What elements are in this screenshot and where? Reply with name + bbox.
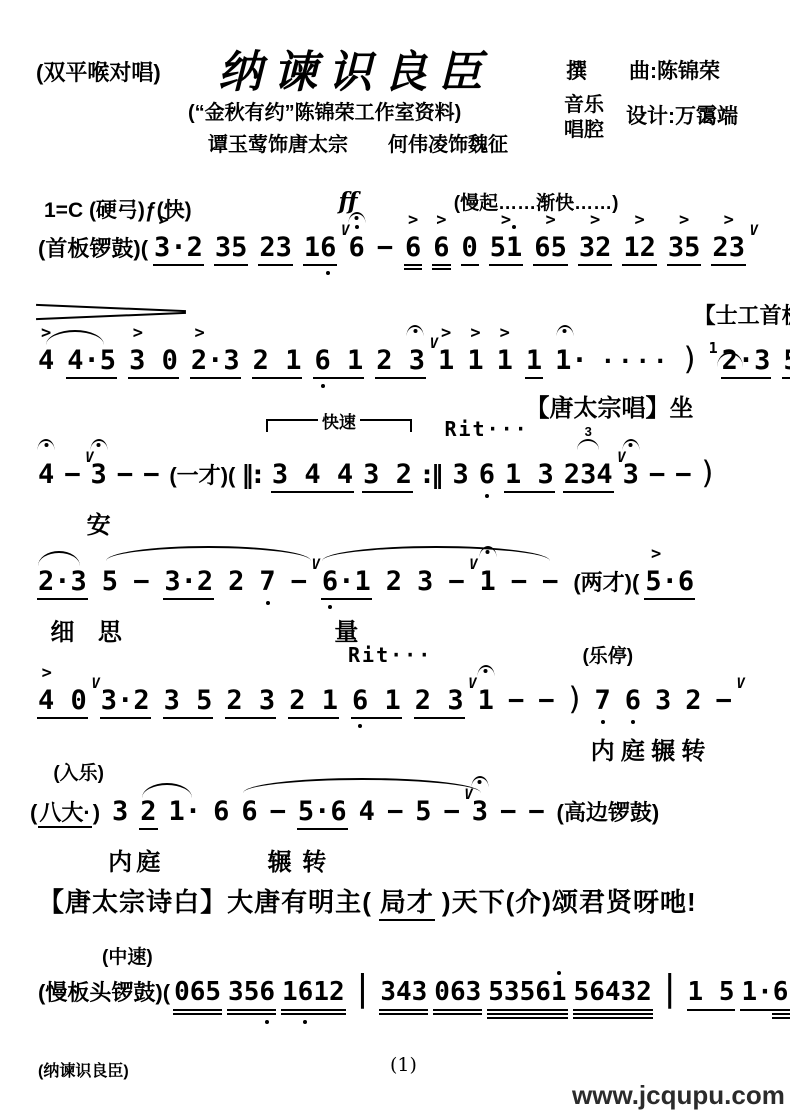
duration-dash: − bbox=[377, 232, 393, 263]
slur-arc bbox=[243, 778, 481, 793]
note-char: 6 bbox=[450, 978, 466, 1008]
note-char bbox=[379, 459, 395, 490]
note: 6> bbox=[405, 232, 421, 263]
note-glyphs: 2 bbox=[228, 566, 244, 597]
note-char: 3 bbox=[164, 566, 180, 597]
note-char: 6 bbox=[534, 232, 550, 263]
beam-underline bbox=[258, 264, 293, 266]
repeat-sign: ‖: bbox=[241, 461, 262, 490]
annotation: 1=C (硬弓)ƒ(快) bbox=[44, 194, 192, 224]
lyric: 安 bbox=[87, 505, 111, 540]
note-char: 6 bbox=[259, 978, 275, 1008]
note-char bbox=[703, 978, 719, 1008]
note-char: · bbox=[601, 348, 618, 376]
note: 2 bbox=[386, 566, 402, 597]
note-char bbox=[521, 459, 537, 490]
note-char: 3 bbox=[363, 459, 379, 490]
beam-underline bbox=[772, 1013, 790, 1015]
note-glyphs: 【唐太宗诗白】大唐有明主( bbox=[38, 888, 372, 918]
note-char: 唐 bbox=[65, 888, 92, 918]
note-glyphs: − bbox=[649, 459, 665, 490]
accent-mark: > bbox=[590, 210, 600, 230]
note-glyphs: 2 bbox=[140, 796, 156, 827]
accent-mark: > bbox=[441, 323, 451, 343]
octave-dot-below bbox=[265, 1020, 269, 1024]
note-char: · bbox=[207, 345, 223, 376]
note-char: 3 bbox=[228, 978, 244, 1008]
beam-underline bbox=[578, 264, 613, 266]
note-glyphs: 3 bbox=[452, 459, 468, 490]
note: 6ff bbox=[348, 232, 364, 263]
duration-dash: − bbox=[538, 685, 554, 716]
note-char: 0 bbox=[71, 685, 87, 716]
slur-arc bbox=[38, 551, 80, 566]
note-char: 2 bbox=[636, 978, 652, 1008]
accent-mark: > bbox=[408, 210, 418, 230]
note-char: 诗 bbox=[146, 888, 173, 918]
beam-underline bbox=[414, 717, 465, 719]
beam-underline bbox=[128, 377, 179, 379]
note-char: 2 bbox=[595, 232, 611, 263]
note-char: · bbox=[636, 348, 653, 376]
speech-text: 【唐太宗诗白】大唐有明主( bbox=[38, 888, 372, 918]
note-glyphs: 23 bbox=[712, 232, 745, 263]
note: 3Rit··· bbox=[452, 459, 468, 490]
beam-underline bbox=[721, 377, 772, 379]
note-glyphs: 1 bbox=[438, 345, 454, 376]
note-char: 1 bbox=[304, 232, 320, 263]
slur-arc bbox=[106, 546, 311, 561]
note-char: 板 bbox=[67, 980, 89, 1005]
note-char: 4 bbox=[304, 459, 320, 490]
fermata-mark bbox=[38, 439, 55, 450]
note-char: 3 bbox=[71, 566, 87, 597]
cast-line: 谭玉莺饰唐太宗 何伟凌饰魏征 bbox=[208, 128, 508, 157]
note-char: ‖ bbox=[431, 461, 443, 490]
beam-underline bbox=[461, 264, 479, 266]
note-glyphs: 6 1 bbox=[352, 685, 401, 716]
octave-dot-below bbox=[485, 494, 489, 498]
note: 65 bbox=[773, 978, 790, 1008]
beam-underline bbox=[227, 1013, 276, 1015]
note-glyphs: 2 3 bbox=[376, 345, 425, 376]
note-char: 太 bbox=[92, 888, 119, 918]
beam-underline bbox=[772, 1009, 790, 1011]
note-char: 3 bbox=[380, 978, 396, 1008]
beam-underline bbox=[379, 1013, 428, 1015]
note-char: 锣 bbox=[111, 980, 133, 1005]
breath-mark: V bbox=[91, 676, 99, 692]
note: 2庭 bbox=[140, 796, 156, 827]
annotation: ff bbox=[338, 188, 357, 215]
octave-dot-below bbox=[601, 720, 605, 724]
note-glyphs: − bbox=[291, 566, 307, 597]
breath-mark: V bbox=[468, 676, 476, 692]
lyric: 庭 bbox=[621, 731, 645, 766]
note: 4> bbox=[38, 345, 54, 376]
beam-underline bbox=[782, 377, 790, 379]
note-char: 鼓 bbox=[630, 800, 652, 825]
note-glyphs: 56432 bbox=[574, 978, 652, 1008]
annotation: (中速) bbox=[102, 942, 153, 969]
note-glyphs: (首板锣鼓)( bbox=[38, 236, 148, 261]
note-char: 2 bbox=[329, 978, 345, 1008]
note: 2 1 bbox=[289, 685, 338, 716]
note-char: − bbox=[291, 566, 307, 597]
note-glyphs: 2 3 bbox=[226, 685, 275, 716]
note-glyphs: 7 bbox=[259, 566, 275, 597]
note-glyphs: (一才)( bbox=[169, 463, 235, 488]
notation-label: 八大·(入乐) bbox=[39, 800, 90, 825]
speech-text: )天下(介)颂君贤呀吔! bbox=[442, 888, 697, 918]
note: 2 3 bbox=[226, 685, 275, 716]
note-glyphs: − bbox=[117, 459, 133, 490]
note-glyphs: 23 bbox=[259, 232, 292, 263]
beam-underline bbox=[163, 717, 214, 719]
note-char: 八 bbox=[39, 800, 61, 825]
note: 1> bbox=[438, 345, 454, 376]
note-char: 6 bbox=[348, 232, 364, 263]
duration-dash: −V bbox=[291, 566, 307, 597]
hairpin-decrescendo bbox=[36, 305, 186, 319]
notation-label: (高边锣鼓) bbox=[557, 800, 660, 825]
note-char: 4 bbox=[67, 345, 83, 376]
note-glyphs: (高边锣鼓) bbox=[557, 800, 660, 825]
note-char: − bbox=[117, 459, 133, 490]
note: 7(乐停)内 bbox=[594, 685, 610, 716]
note-char: ) bbox=[155, 980, 162, 1005]
note-char: 2 bbox=[289, 685, 305, 716]
note-glyphs: 0 bbox=[462, 232, 478, 263]
note-glyphs: − bbox=[675, 459, 691, 490]
note-char: 5 bbox=[205, 978, 221, 1008]
note: 6庭 bbox=[625, 685, 641, 716]
note: 065 bbox=[174, 978, 221, 1008]
note: 6> bbox=[433, 232, 449, 263]
design-credit: 设计:万霭端 bbox=[626, 100, 738, 130]
fermata-mark bbox=[477, 665, 494, 676]
accent-mark: > bbox=[133, 323, 143, 343]
note-glyphs: 5 bbox=[102, 566, 118, 597]
note-char: ( bbox=[573, 570, 580, 595]
note: 6 bbox=[479, 459, 495, 490]
notation-label: (首板锣鼓)(1=C (硬弓)ƒ(快) bbox=[38, 236, 148, 261]
note-char: 3 bbox=[91, 459, 107, 490]
note-char: − bbox=[542, 566, 558, 597]
note: 7 bbox=[259, 566, 275, 597]
beam-underline bbox=[288, 717, 339, 719]
note-glyphs: 1 3 bbox=[505, 459, 554, 490]
notes-row: 4 0>V3·23 52 32 16 1Rit···2 3V1−−)7(乐停)内… bbox=[0, 682, 790, 718]
note-glyphs: 6 bbox=[405, 232, 421, 263]
octave-dot-below bbox=[326, 271, 330, 275]
octave-dot-below bbox=[321, 384, 325, 388]
note-char: − bbox=[538, 685, 554, 716]
note-char: 1 bbox=[526, 345, 542, 376]
note-char: 3 bbox=[417, 566, 433, 597]
note-char: 1 bbox=[285, 345, 301, 376]
accent-mark: > bbox=[679, 210, 689, 230]
note-char: − bbox=[443, 796, 459, 827]
beam-underline bbox=[321, 598, 372, 600]
note-char: − bbox=[508, 685, 524, 716]
note: 12> bbox=[623, 232, 656, 263]
note-char: 1 bbox=[282, 978, 298, 1008]
fermata-mark bbox=[622, 439, 639, 450]
beam-underline bbox=[37, 598, 88, 600]
note-glyphs: 234 bbox=[564, 459, 613, 490]
note: 35 bbox=[215, 232, 248, 263]
note-char: ( bbox=[169, 463, 176, 488]
note-char: 吔 bbox=[660, 888, 687, 918]
note-char: 3 bbox=[580, 459, 596, 490]
beam-underline bbox=[153, 264, 204, 266]
beam-underline bbox=[573, 1013, 653, 1015]
lyric: 辗 bbox=[267, 842, 291, 877]
note-glyphs: 53561 bbox=[488, 978, 566, 1008]
note: 3·2> bbox=[154, 232, 203, 263]
beam-underline bbox=[225, 717, 276, 719]
beam-underline bbox=[252, 377, 303, 379]
octave-dot-above bbox=[557, 971, 561, 975]
note-char: · bbox=[618, 348, 635, 376]
note-char: 5 bbox=[100, 345, 116, 376]
note-char: 1 bbox=[555, 345, 571, 376]
beam-underline bbox=[772, 1017, 790, 1019]
note-char: 1 bbox=[506, 232, 522, 263]
note-glyphs: 4 bbox=[359, 796, 375, 827]
note-char: · bbox=[314, 796, 330, 827]
note-char: 1 bbox=[709, 340, 718, 357]
note-glyphs: 6 bbox=[213, 796, 229, 827]
note-char: ) bbox=[93, 800, 100, 825]
note: 5·6转 bbox=[298, 796, 347, 827]
note: 3·2 bbox=[164, 566, 213, 597]
note-char: 4 bbox=[605, 978, 621, 1008]
note-glyphs: 12 bbox=[623, 232, 656, 263]
note-char: 局 bbox=[380, 888, 407, 918]
note-glyphs: 32 bbox=[579, 232, 612, 263]
octave-dot-below bbox=[266, 601, 270, 605]
note-glyphs: 3·2 bbox=[154, 232, 203, 263]
note: 16V bbox=[304, 232, 337, 263]
note: 6辗 bbox=[241, 796, 257, 827]
barline: | bbox=[352, 968, 374, 1009]
note-char: 大 bbox=[227, 888, 254, 918]
note: 3内 bbox=[112, 796, 128, 827]
octave-dot-below bbox=[631, 720, 635, 724]
note-char: 1 bbox=[551, 978, 567, 1008]
note-glyphs: 1 bbox=[709, 340, 718, 357]
note-char: 颂 bbox=[552, 888, 579, 918]
note-char: ( bbox=[30, 800, 37, 825]
note-glyphs: 3 bbox=[472, 796, 488, 827]
note: 1612 bbox=[282, 978, 345, 1008]
subtitle: (“金秋有约”陈锦荣工作室资料) bbox=[188, 96, 461, 125]
note-glyphs: 1· bbox=[555, 345, 588, 376]
note-char: 3 bbox=[154, 232, 170, 263]
note-char: 头 bbox=[89, 980, 111, 1005]
note-char: · bbox=[662, 566, 678, 597]
note-char: 7 bbox=[259, 566, 275, 597]
note: 2 bbox=[228, 566, 244, 597]
note: 5·6> bbox=[645, 566, 694, 597]
note-char: 3 bbox=[409, 345, 425, 376]
note-glyphs: 6 bbox=[625, 685, 641, 716]
note: 4 bbox=[38, 459, 54, 490]
note-char: 】 bbox=[200, 888, 227, 918]
note-char: 5 bbox=[520, 978, 536, 1008]
note-glyphs: 2 1 bbox=[289, 685, 338, 716]
notes-row: (慢板头锣鼓)((中速)0653561612|3430635356156432|… bbox=[0, 968, 790, 1009]
notes-row: (首板锣鼓)(1=C (硬弓)ƒ(快)3·2>352316V6ff−6>6>05… bbox=[0, 232, 790, 263]
note-char bbox=[145, 345, 161, 376]
note-char: ( bbox=[362, 888, 372, 918]
note-glyphs: 1 5 bbox=[688, 978, 735, 1008]
beam-underline bbox=[351, 717, 402, 719]
beam-underline bbox=[433, 1013, 482, 1015]
lyric: 细 bbox=[50, 612, 74, 647]
note-char: 4 bbox=[359, 796, 375, 827]
note-char bbox=[305, 685, 321, 716]
note-char: 2 bbox=[712, 232, 728, 263]
note-char: 慢 bbox=[45, 980, 67, 1005]
note: 0 bbox=[462, 232, 478, 263]
note-char: | bbox=[659, 968, 681, 1009]
note-char: 6 bbox=[405, 232, 421, 263]
octave-dot-below bbox=[328, 605, 332, 609]
note-glyphs: − bbox=[143, 459, 159, 490]
note-char: 6 bbox=[625, 685, 641, 716]
note-char: 6 bbox=[479, 459, 495, 490]
note: 5思 bbox=[102, 566, 118, 597]
beam-underline bbox=[504, 491, 555, 493]
beam-underline bbox=[173, 1009, 222, 1011]
beam-underline bbox=[173, 1013, 222, 1015]
note: 6 1Rit··· bbox=[352, 685, 401, 716]
note-char: 6 bbox=[241, 796, 257, 827]
note: 1 3 bbox=[505, 459, 554, 490]
note-char: 主 bbox=[335, 888, 362, 918]
note-glyphs: :‖ bbox=[422, 461, 443, 490]
note-glyphs: | bbox=[659, 968, 681, 1009]
note: 6·1量 bbox=[322, 566, 371, 597]
beam-underline bbox=[432, 268, 450, 270]
note-char: − bbox=[143, 459, 159, 490]
note-glyphs: 4 0 bbox=[38, 685, 87, 716]
notes-row: 4>4·53 0>2·3>2 16 12 3V1>1>1>11·····)【唐太… bbox=[0, 342, 790, 378]
note-glyphs: 4 bbox=[38, 459, 54, 490]
note-char: 2 bbox=[396, 459, 412, 490]
beam-underline bbox=[487, 1009, 567, 1011]
beam-underline bbox=[379, 1009, 428, 1011]
note-glyphs: − bbox=[716, 685, 732, 716]
note-glyphs: (慢板头锣鼓)( bbox=[38, 980, 170, 1005]
note: 3 bbox=[472, 796, 488, 827]
note-char: 一 bbox=[177, 463, 199, 488]
note-char: 1 bbox=[347, 345, 363, 376]
beam-underline bbox=[297, 828, 348, 830]
note-glyphs: 35 bbox=[215, 232, 248, 263]
note-glyphs: 4 bbox=[38, 345, 54, 376]
note-char: 1 bbox=[688, 978, 704, 1008]
note-char: · bbox=[738, 345, 754, 376]
accent-mark: > bbox=[195, 323, 205, 343]
note: 3辗 bbox=[655, 685, 671, 716]
beam-underline bbox=[190, 377, 241, 379]
note: 3 5 bbox=[164, 685, 213, 716]
note-glyphs: − bbox=[448, 566, 464, 597]
note-glyphs: 063 bbox=[434, 978, 481, 1008]
note-char: ) bbox=[221, 463, 228, 488]
note-char: 7 bbox=[594, 685, 610, 716]
fermata-mark bbox=[556, 325, 573, 336]
note-char: 1 bbox=[505, 459, 521, 490]
lyric: 内 bbox=[591, 731, 615, 766]
duration-dash: − bbox=[133, 566, 149, 597]
note-char: 白 bbox=[173, 888, 200, 918]
octave-dot-above bbox=[512, 225, 516, 229]
note-char: 1 bbox=[438, 345, 454, 376]
note-glyphs: 2 bbox=[685, 685, 701, 716]
note-char: 锣 bbox=[89, 236, 111, 261]
note-glyphs: 1 bbox=[480, 566, 496, 597]
note-glyphs: 3 2 bbox=[363, 459, 412, 490]
note-char: ( bbox=[506, 888, 516, 918]
note-char bbox=[393, 345, 409, 376]
note-char: 宗 bbox=[119, 888, 146, 918]
note-char: 6 bbox=[320, 232, 336, 263]
note: 2转 bbox=[685, 685, 701, 716]
note-char: ) bbox=[701, 456, 713, 492]
note-glyphs: 16 bbox=[304, 232, 337, 263]
note-char: ) bbox=[652, 800, 659, 825]
note-glyphs: ) bbox=[568, 682, 580, 718]
note-char: 6 bbox=[314, 345, 330, 376]
note-char: 5 bbox=[415, 796, 431, 827]
beam-underline bbox=[38, 826, 91, 828]
note-glyphs: 65 bbox=[534, 232, 567, 263]
note: 6 1 bbox=[314, 345, 363, 376]
note-char: ‖ bbox=[241, 461, 253, 490]
note-char bbox=[368, 685, 384, 716]
note-glyphs: 5·6 bbox=[298, 796, 347, 827]
note-char: 2 bbox=[197, 566, 213, 597]
notation-label: ( bbox=[30, 800, 37, 825]
note-char: 2 bbox=[722, 345, 738, 376]
note-char: 2 bbox=[685, 685, 701, 716]
octave-dot-below bbox=[303, 1020, 307, 1024]
note-char: − bbox=[528, 796, 544, 827]
notation-label: ) bbox=[93, 800, 100, 825]
beam-underline bbox=[487, 1013, 567, 1015]
breath-mark: V bbox=[750, 223, 758, 239]
note: 2·3细 bbox=[38, 566, 87, 597]
note-char: 3 bbox=[729, 232, 745, 263]
note: 2 3V bbox=[415, 685, 464, 716]
breath-mark: V bbox=[469, 557, 477, 573]
note: 2·3【士工首板】 bbox=[722, 345, 771, 376]
note-glyphs: 6 bbox=[241, 796, 257, 827]
note-glyphs: 2·3 bbox=[191, 345, 240, 376]
note-glyphs: 2 1 bbox=[253, 345, 302, 376]
note-glyphs: 65 bbox=[773, 978, 790, 1008]
note-glyphs: 1 bbox=[478, 685, 494, 716]
note-char: 大 bbox=[61, 800, 83, 825]
note-char: 6 bbox=[678, 566, 694, 597]
note-char bbox=[243, 685, 259, 716]
note-glyphs: ( bbox=[30, 800, 37, 825]
